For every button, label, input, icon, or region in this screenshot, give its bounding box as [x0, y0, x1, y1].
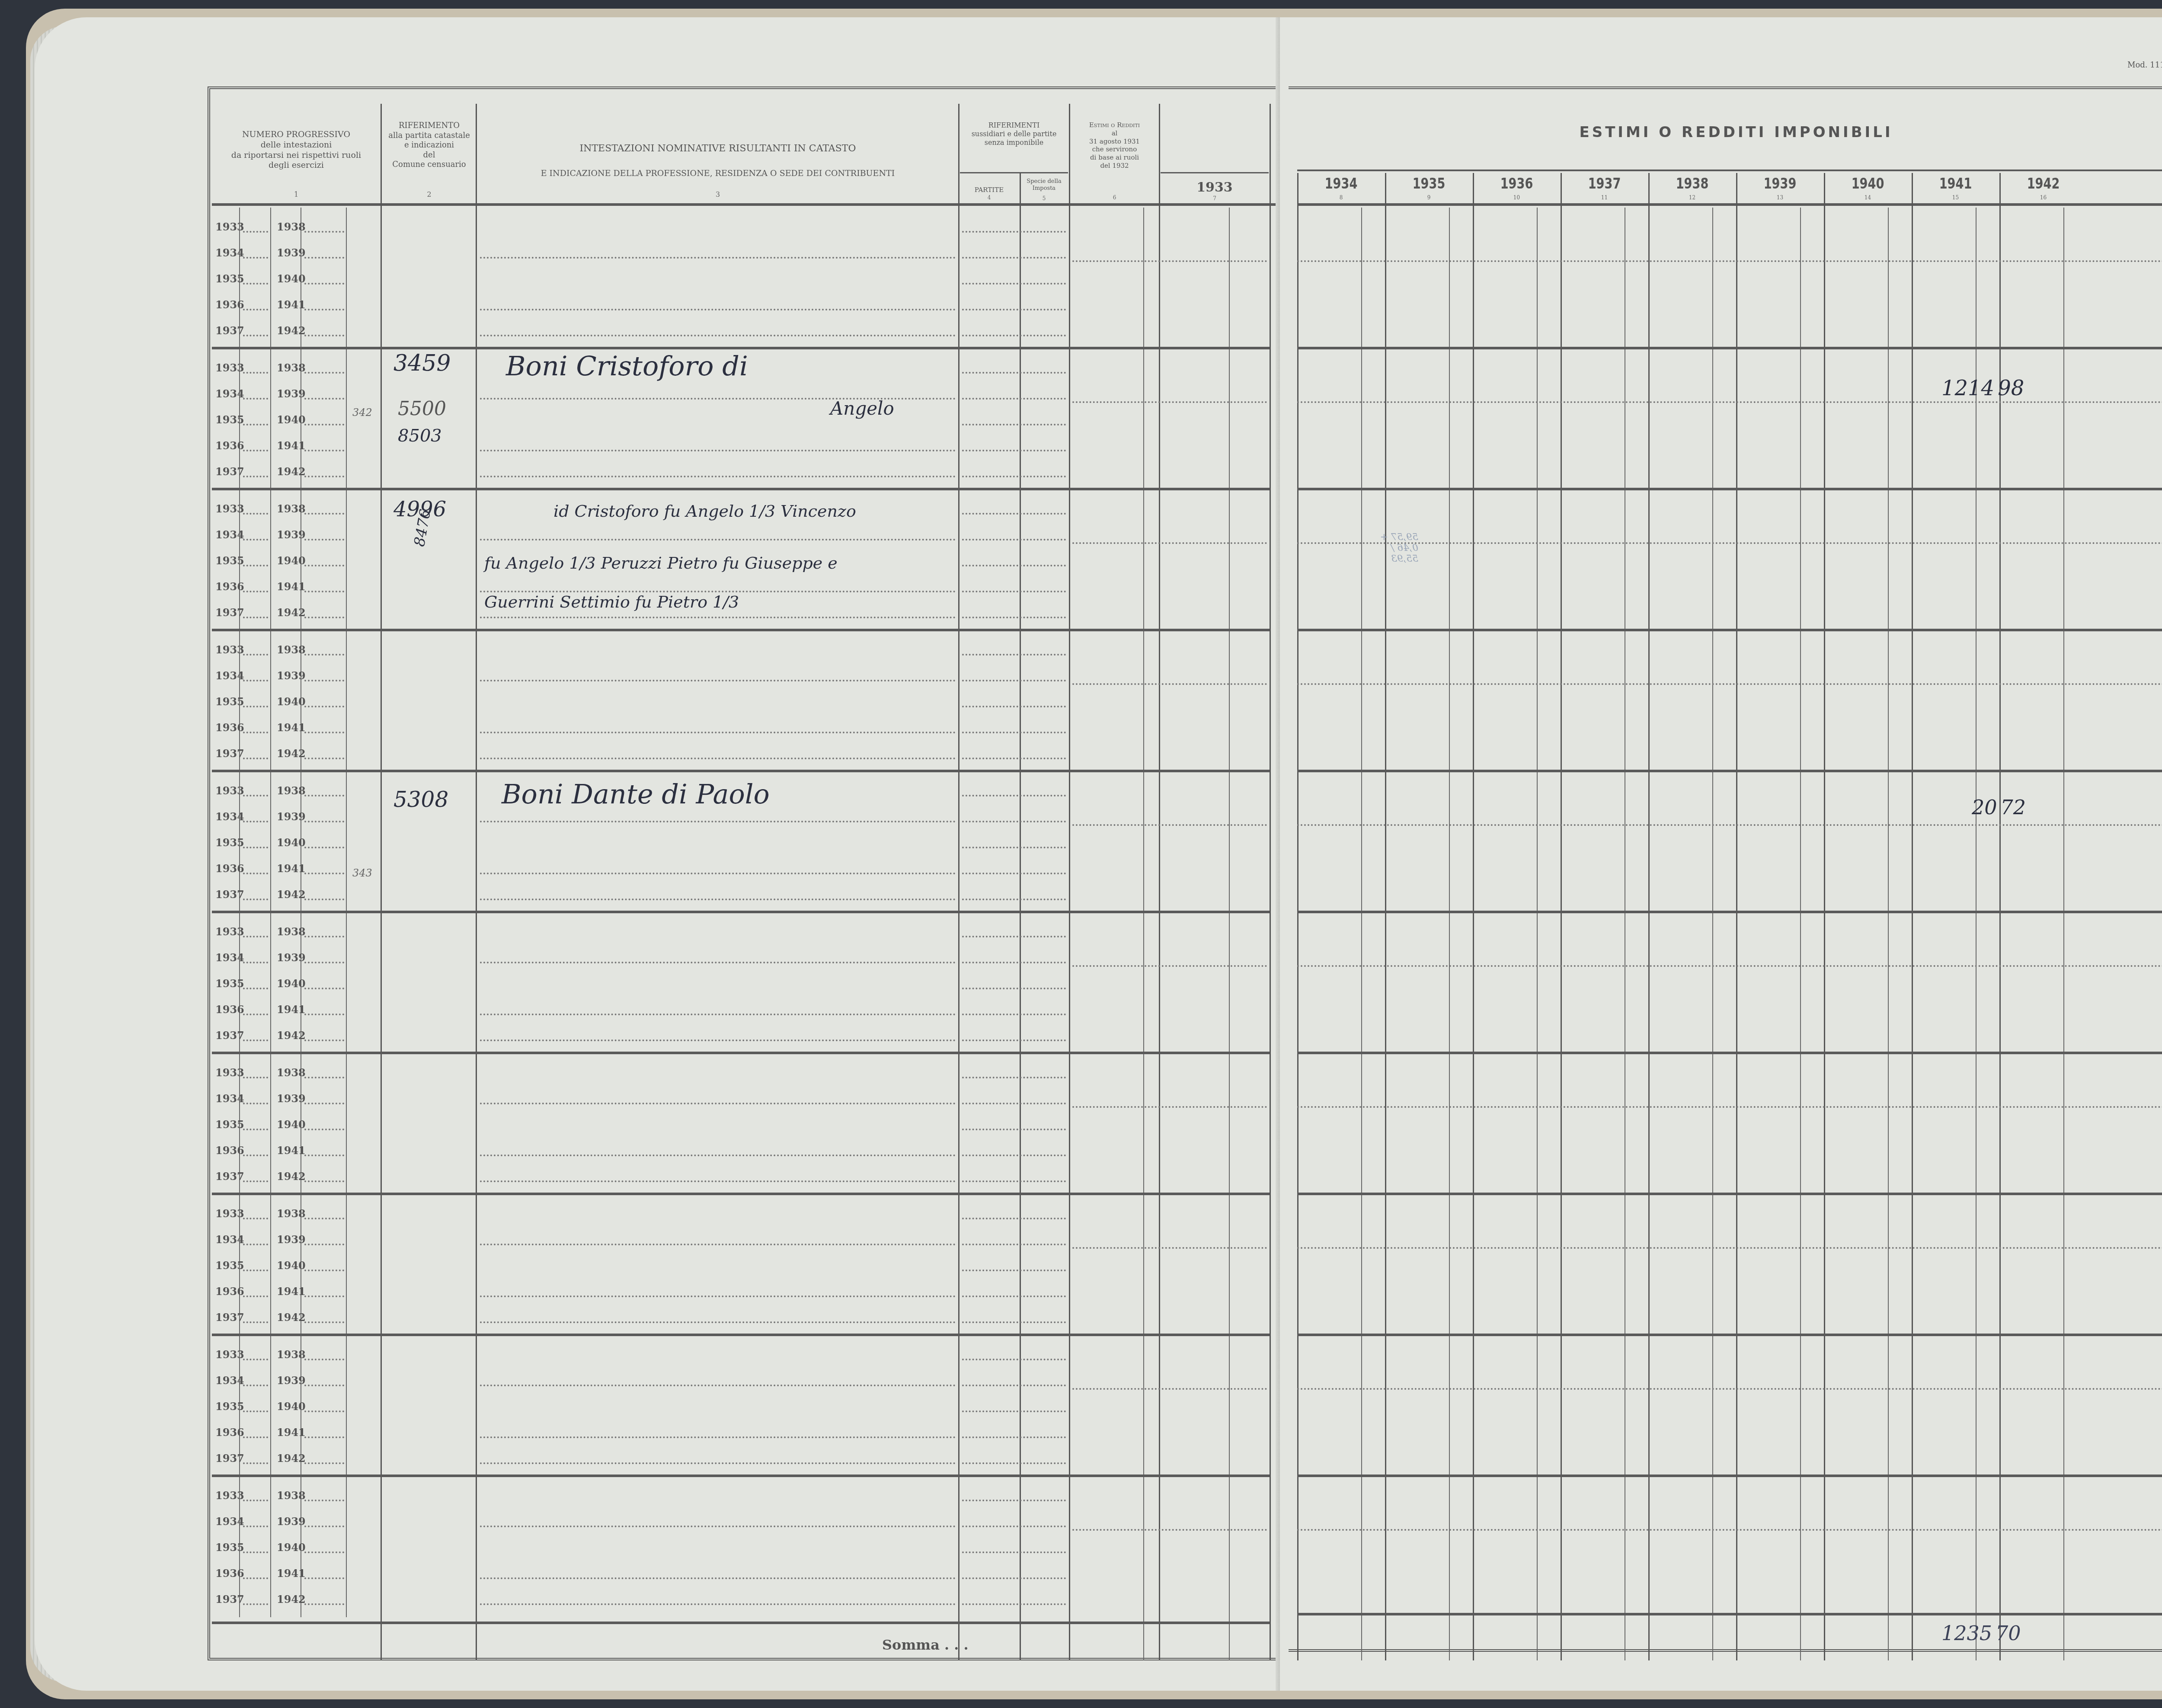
- dotted-rule: [243, 680, 268, 681]
- year-label: 1936: [215, 1003, 244, 1016]
- somma-top-rule-right: [1297, 1613, 2162, 1615]
- col6-number: 6: [1070, 195, 1159, 201]
- dotted-rule: [243, 617, 268, 618]
- dotted-rule: [304, 257, 344, 259]
- dotted-rule: [243, 1500, 268, 1501]
- somma-label: Somma . . .: [882, 1637, 969, 1653]
- year-col-rule: [1648, 173, 1650, 1660]
- dotted-rule: [304, 1270, 344, 1271]
- year-label: 1939: [277, 1374, 306, 1387]
- dotted-rule: [1297, 1247, 2162, 1249]
- year-col-rule: [1297, 173, 1298, 1660]
- dotted-rule: [243, 565, 268, 566]
- year-label: 1937: [215, 747, 244, 760]
- year-label: 1937: [215, 1311, 244, 1324]
- year-col-header: 1935: [1394, 175, 1464, 192]
- group-rule: [1297, 347, 2162, 349]
- dotted-rule: [243, 1385, 268, 1386]
- year-label: 1938: [277, 361, 306, 374]
- dotted-rule: [962, 1103, 1066, 1104]
- col2-line: alla partita catastale: [383, 131, 476, 141]
- ruolo-number: 343: [352, 867, 372, 879]
- dotted-rule: [480, 962, 956, 963]
- year-label: 1935: [215, 1541, 244, 1554]
- intestazione-line: id Cristoforo fu Angelo 1/3 Vincenzo: [553, 502, 856, 521]
- col5-number: 5: [1021, 195, 1067, 202]
- form-id: Mod. 111 - Imposte Dirette (Intercalare)…: [2127, 61, 2162, 70]
- dotted-rule: [243, 758, 268, 759]
- year-label: 1941: [277, 721, 306, 734]
- year-col-rule: [1912, 173, 1913, 1660]
- year-col-header: 1934: [1306, 175, 1376, 192]
- year-col-number: 9: [1385, 195, 1473, 201]
- dotted-rule: [243, 821, 268, 822]
- col4-label: PARTITE: [960, 186, 1018, 194]
- year-label: 1935: [215, 1118, 244, 1131]
- year-col-header: 1939: [1745, 175, 1815, 192]
- year-label: 1934: [215, 528, 244, 541]
- dotted-rule: [243, 1321, 268, 1323]
- right-header-bottom-rule: [1297, 203, 2162, 206]
- dotted-rule: [962, 565, 1066, 566]
- year-label: 1933: [215, 1348, 244, 1361]
- cent-rule: [1449, 208, 1450, 1660]
- year-label: 1939: [277, 810, 306, 823]
- dotted-rule: [480, 1040, 956, 1041]
- dotted-rule: [304, 231, 344, 233]
- col45-title: RIFERIMENTI: [960, 121, 1068, 130]
- dotted-rule: [962, 847, 1066, 848]
- dotted-rule: [1297, 1529, 2162, 1531]
- dotted-rule: [962, 617, 1066, 618]
- partita-number: 5500: [398, 398, 446, 420]
- dotted-rule: [962, 873, 1066, 874]
- dotted-rule: [1072, 1247, 1267, 1249]
- year-label: 1937: [215, 324, 244, 337]
- dotted-rule: [480, 1155, 956, 1156]
- col2-line: del: [383, 150, 476, 160]
- year-label: 1939: [277, 246, 306, 259]
- year-label: 1934: [215, 669, 244, 682]
- dotted-rule: [962, 283, 1066, 285]
- col6-line: 31 agosto 1931: [1070, 138, 1159, 146]
- year-col-number: 15: [1912, 195, 1999, 201]
- dotted-rule: [962, 1155, 1066, 1156]
- cent-rule: [1976, 208, 1977, 1660]
- bleed-through-note: 59,57 + 0,46 / 55,93: [1375, 532, 1418, 564]
- dotted-rule: [304, 1077, 344, 1078]
- group-rule: [212, 1334, 1270, 1336]
- dotted-rule: [962, 1526, 1066, 1527]
- group-rule: [1297, 1052, 2162, 1054]
- dotted-rule: [304, 591, 344, 592]
- group-rule: [212, 1475, 1270, 1477]
- dotted-rule: [962, 1385, 1066, 1386]
- dotted-rule: [304, 847, 344, 848]
- col1-line: delle intestazioni: [212, 140, 381, 150]
- dotted-rule: [962, 1244, 1066, 1245]
- dotted-rule: [962, 1218, 1066, 1219]
- cent-rule: [1800, 208, 1801, 1660]
- dotted-rule: [304, 539, 344, 541]
- year-label: 1942: [277, 606, 306, 619]
- year-label: 1938: [277, 784, 306, 797]
- dotted-rule: [962, 424, 1066, 425]
- dotted-rule: [304, 1411, 344, 1412]
- year-col-rule: [1473, 173, 1474, 1660]
- year-col-number: 16: [1999, 195, 2087, 201]
- year-label: 1933: [215, 925, 244, 938]
- group-rule: [212, 1052, 1270, 1054]
- dotted-rule: [480, 1462, 956, 1464]
- dotted-rule: [962, 257, 1066, 259]
- year-label: 1941: [277, 1144, 306, 1157]
- year-label: 1934: [215, 387, 244, 400]
- dotted-rule: [962, 513, 1066, 515]
- year-label: 1934: [215, 810, 244, 823]
- dotted-rule: [962, 654, 1066, 656]
- dotted-rule: [304, 758, 344, 759]
- dotted-rule: [962, 988, 1066, 989]
- dotted-rule: [480, 873, 956, 874]
- dotted-rule: [962, 1577, 1066, 1579]
- dotted-rule: [304, 1551, 344, 1553]
- year-label: 1942: [277, 1593, 306, 1606]
- year-col-number: 14: [1824, 195, 1912, 201]
- year-label: 1941: [277, 580, 306, 593]
- col45-divider: [960, 172, 1068, 173]
- dotted-rule: [304, 1500, 344, 1501]
- year-label: 1938: [277, 1066, 306, 1079]
- dotted-rule: [304, 1180, 344, 1182]
- col7-number: 7: [1161, 195, 1269, 202]
- right-page: Mod. 111 - Imposte Dirette (Intercalare)…: [1280, 17, 2162, 1691]
- dotted-rule: [480, 758, 956, 759]
- dotted-rule: [480, 732, 956, 733]
- col1-line: degli esercizi: [212, 160, 381, 171]
- year-label: 1935: [215, 1400, 244, 1413]
- col1-number: 1: [212, 190, 381, 198]
- col6-line: al: [1070, 129, 1159, 138]
- dotted-rule: [480, 680, 956, 681]
- dotted-rule: [962, 1077, 1066, 1078]
- year-label: 1937: [215, 465, 244, 478]
- year-label: 1942: [277, 1311, 306, 1324]
- dotted-rule: [243, 476, 268, 477]
- dotted-rule: [243, 936, 268, 937]
- intestazione-line: Angelo: [830, 398, 894, 419]
- col2-line: Comune censuario: [383, 160, 476, 170]
- year-label: 1939: [277, 951, 306, 964]
- year-label: 1940: [277, 272, 306, 285]
- col7-left-rule: [1159, 104, 1160, 1660]
- dotted-rule: [304, 1321, 344, 1323]
- dotted-rule: [243, 372, 268, 374]
- dotted-rule: [480, 1385, 956, 1386]
- dotted-rule: [962, 1411, 1066, 1412]
- dotted-rule: [480, 1577, 956, 1579]
- dotted-rule: [243, 335, 268, 336]
- year-label: 1941: [277, 439, 306, 452]
- dotted-rule: [962, 936, 1066, 937]
- year-label: 1939: [277, 387, 306, 400]
- estimo-1941-group5: 2072: [1972, 796, 2026, 819]
- dotted-rule: [480, 450, 956, 451]
- year-label: 1940: [277, 1259, 306, 1272]
- dotted-rule: [1297, 683, 2162, 685]
- col45-line: sussidiari e delle partite: [960, 130, 1068, 138]
- year-label: 1933: [215, 361, 244, 374]
- group-rule: [1297, 770, 2162, 772]
- year-label: 1935: [215, 1259, 244, 1272]
- dotted-rule: [243, 962, 268, 963]
- year-col-header: 1940: [1833, 175, 1903, 192]
- year-label: 1942: [277, 1452, 306, 1465]
- dotted-rule: [304, 936, 344, 937]
- col1-line: da riportarsi nei rispettivi ruoli: [212, 150, 381, 161]
- year-label: 1941: [277, 298, 306, 311]
- group-rule: [1297, 629, 2162, 631]
- year-label: 1933: [215, 1066, 244, 1079]
- dotted-rule: [480, 1244, 956, 1245]
- year-label: 1941: [277, 1285, 306, 1298]
- dotted-rule: [243, 1551, 268, 1553]
- dotted-rule: [243, 450, 268, 451]
- dotted-rule: [304, 335, 344, 336]
- dotted-rule: [962, 476, 1066, 477]
- year-label: 1940: [277, 1400, 306, 1413]
- year-label: 1939: [277, 1233, 306, 1246]
- dotted-rule: [243, 873, 268, 874]
- year-col-header: 1941: [1920, 175, 1990, 192]
- dotted-rule: [304, 1526, 344, 1527]
- year-label: 1942: [277, 1029, 306, 1042]
- cent-rule: [1712, 208, 1713, 1660]
- group-rule: [1297, 1193, 2162, 1195]
- year-label: 1934: [215, 246, 244, 259]
- col7-cent-rule: [1229, 208, 1230, 1660]
- dotted-rule: [962, 231, 1066, 233]
- dotted-rule: [480, 1180, 956, 1182]
- year-label: 1942: [277, 1170, 306, 1183]
- year-label: 1936: [215, 439, 244, 452]
- dotted-rule: [962, 732, 1066, 733]
- dotted-rule: [962, 1321, 1066, 1323]
- dotted-rule: [243, 1462, 268, 1464]
- dotted-rule: [962, 1295, 1066, 1297]
- dotted-rule: [480, 257, 956, 259]
- dotted-rule: [962, 1180, 1066, 1182]
- dotted-rule: [480, 617, 956, 618]
- somma-top-rule: [212, 1622, 1270, 1624]
- col6-line: del 1932: [1070, 162, 1159, 170]
- centesimi: 72: [2001, 796, 2026, 819]
- year-label: 1939: [277, 1092, 306, 1105]
- dotted-rule: [480, 476, 956, 477]
- year-label: 1939: [277, 1515, 306, 1528]
- dotted-rule: [304, 1218, 344, 1219]
- dotted-rule: [480, 1103, 956, 1104]
- dotted-rule: [243, 1577, 268, 1579]
- year-label: 1933: [215, 643, 244, 656]
- dotted-rule: [243, 1155, 268, 1156]
- dotted-rule: [962, 1014, 1066, 1015]
- dotted-rule: [243, 732, 268, 733]
- year-label: 1935: [215, 977, 244, 990]
- dotted-rule: [243, 1295, 268, 1297]
- col6-title: Estimi o Redditi: [1070, 121, 1159, 129]
- year-label: 1942: [277, 324, 306, 337]
- col4-left-rule: [958, 104, 959, 1660]
- dotted-rule: [1072, 401, 1267, 403]
- dotted-rule: [304, 1155, 344, 1156]
- dotted-rule: [304, 476, 344, 477]
- lire: 20: [1972, 796, 1997, 819]
- dotted-rule: [304, 617, 344, 618]
- col7-divider: [1161, 172, 1269, 173]
- year-col-rule: [1824, 173, 1825, 1660]
- intestazione-line: Boni Dante di Paolo: [502, 778, 770, 810]
- dotted-rule: [1297, 824, 2162, 826]
- total-centesimi: 70: [1996, 1622, 2021, 1645]
- dotted-rule: [304, 1295, 344, 1297]
- year-label: 1940: [277, 1541, 306, 1554]
- dotted-rule: [304, 450, 344, 451]
- year-label: 1938: [277, 643, 306, 656]
- year-label: 1938: [277, 502, 306, 515]
- dotted-rule: [243, 424, 268, 425]
- col4-number: 4: [960, 195, 1018, 201]
- dotted-rule: [962, 309, 1066, 310]
- year-label: 1937: [215, 888, 244, 901]
- dotted-rule: [243, 1603, 268, 1605]
- intestazione-line: Boni Cristoforo di: [506, 350, 748, 382]
- dotted-rule: [480, 1295, 956, 1297]
- dotted-rule: [480, 1603, 956, 1605]
- year-col-number: 13: [1736, 195, 1824, 201]
- col1-header: NUMERO PROGRESSIVO delle intestazioni da…: [212, 130, 381, 171]
- year-col-header: 1938: [1657, 175, 1727, 192]
- year-label: 1937: [215, 1029, 244, 1042]
- dotted-rule: [243, 847, 268, 848]
- dotted-rule: [304, 372, 344, 374]
- year-col-number: 8: [1297, 195, 1385, 201]
- col2-left-rule: [381, 104, 382, 1660]
- dotted-rule: [243, 1103, 268, 1104]
- dotted-rule: [304, 1129, 344, 1130]
- dotted-rule: [304, 1436, 344, 1438]
- year-label: 1939: [277, 528, 306, 541]
- dotted-rule: [962, 335, 1066, 336]
- year-label: 1940: [277, 1118, 306, 1131]
- dotted-rule: [1072, 260, 1267, 262]
- col7-year: 1933: [1161, 179, 1269, 196]
- year-label: 1933: [215, 221, 244, 233]
- dotted-rule: [243, 231, 268, 233]
- dotted-rule: [243, 706, 268, 707]
- dotted-rule: [480, 1526, 956, 1527]
- dotted-rule: [243, 1526, 268, 1527]
- year-label: 1936: [215, 1426, 244, 1439]
- year-label: 1935: [215, 695, 244, 708]
- dotted-rule: [304, 398, 344, 400]
- col6-line: di base ai ruoli: [1070, 154, 1159, 162]
- dotted-rule: [962, 372, 1066, 374]
- left-page: NUMERO PROGRESSIVO delle intestazioni da…: [35, 17, 1280, 1691]
- year-label: 1934: [215, 1233, 244, 1246]
- dotted-rule: [304, 821, 344, 822]
- year-label: 1935: [215, 554, 244, 567]
- dotted-rule: [962, 821, 1066, 822]
- intestazione-line: Guerrini Settimio fu Pietro 1/3: [484, 592, 739, 611]
- dotted-rule: [1297, 965, 2162, 967]
- group-rule: [1297, 911, 2162, 913]
- dotted-rule: [962, 962, 1066, 963]
- dotted-rule: [304, 1359, 344, 1360]
- dotted-rule: [304, 873, 344, 874]
- col6-cent-rule: [1143, 208, 1144, 1660]
- dotted-rule: [962, 1462, 1066, 1464]
- year-label: 1941: [277, 862, 306, 875]
- header-bottom-rule: [212, 203, 1280, 206]
- col2-header: RIFERIMENTO alla partita catastale e ind…: [383, 121, 476, 170]
- year-label: 1933: [215, 1207, 244, 1220]
- year-label: 1933: [215, 784, 244, 797]
- ruolo-number: 342: [352, 406, 372, 419]
- col6-left-rule: [1069, 104, 1070, 1660]
- dotted-rule: [243, 283, 268, 285]
- dotted-rule: [962, 680, 1066, 681]
- dotted-rule: [962, 1436, 1066, 1438]
- dotted-rule: [243, 539, 268, 541]
- centesimi: 98: [1998, 376, 2024, 400]
- dotted-rule: [962, 795, 1066, 796]
- dotted-rule: [243, 257, 268, 259]
- dotted-rule: [243, 1077, 268, 1078]
- year-label: 1937: [215, 1593, 244, 1606]
- dotted-rule: [1072, 965, 1267, 967]
- dotted-rule: [962, 899, 1066, 900]
- dotted-rule: [962, 450, 1066, 451]
- cent-rule: [1888, 208, 1889, 1660]
- col3-number: 3: [478, 190, 958, 198]
- year-label: 1937: [215, 1170, 244, 1183]
- dotted-rule: [962, 1359, 1066, 1360]
- year-col-header: 1937: [1569, 175, 1639, 192]
- dotted-rule: [304, 1603, 344, 1605]
- dotted-rule: [962, 591, 1066, 592]
- year-col-number: 12: [1648, 195, 1736, 201]
- year-label: 1941: [277, 1003, 306, 1016]
- cent-rule: [2063, 208, 2064, 1660]
- dotted-rule: [304, 1014, 344, 1015]
- group-rule: [212, 629, 1270, 631]
- dotted-rule: [1297, 542, 2162, 544]
- group-rule: [212, 1193, 1270, 1195]
- year-label: 1936: [215, 862, 244, 875]
- dotted-rule: [962, 706, 1066, 707]
- dotted-rule: [243, 398, 268, 400]
- dotted-rule: [243, 1359, 268, 1360]
- dotted-rule: [480, 309, 956, 310]
- dotted-rule: [304, 1385, 344, 1386]
- year-label: 1937: [215, 1452, 244, 1465]
- dotted-rule: [1072, 1529, 1267, 1531]
- col45-line: senza imponibile: [960, 138, 1068, 147]
- col2-number: 2: [383, 190, 476, 198]
- dotted-rule: [1297, 401, 2162, 403]
- group-rule: [212, 488, 1270, 490]
